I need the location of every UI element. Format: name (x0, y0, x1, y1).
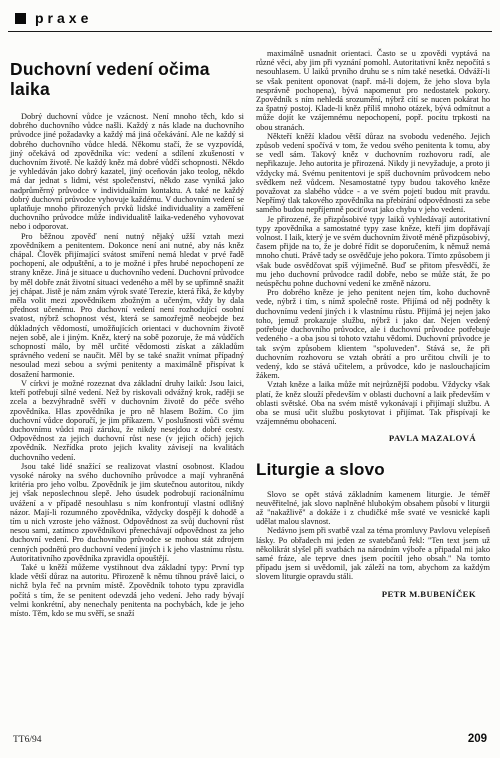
paragraph: Pro dobrého kněze je jeho penitent nejen… (256, 288, 490, 380)
article1-author-signature: PAVLA MAZALOVÁ (256, 434, 476, 443)
magazine-page: praxe Duchovní vedení očima laika Dobrý … (0, 0, 500, 758)
section-tag-label: praxe (35, 10, 92, 26)
paragraph: Někteří kněží kladou větší důraz na svob… (256, 132, 490, 215)
paragraph: Slovo se opět stává základním kamenem li… (256, 490, 490, 527)
paragraph: Jsou také lidé snažící se realizovat vla… (10, 462, 244, 563)
page-number: 209 (468, 733, 487, 745)
paragraph: V církvi je možné rozeznat dva základní … (10, 379, 244, 462)
two-column-layout: Duchovní vedení očima laika Dobrý duchov… (0, 32, 500, 618)
paragraph: maximálně usnadnit orientaci. Často se u… (256, 49, 490, 132)
issue-label: TT6/94 (13, 735, 42, 745)
section-header: praxe (0, 0, 500, 27)
page-footer: TT6/94 209 (13, 733, 487, 745)
paragraph: Pro běžnou zpověď není nutný nějaký užší… (10, 232, 244, 379)
paragraph: Je přirozené, že přizpůsobivé typy laiků… (256, 215, 490, 289)
paragraph: Nedávno jsem při svatbě vzal za téma pro… (256, 526, 490, 581)
paragraph: Vztah kněze a laika může mít nejrůznější… (256, 380, 490, 426)
paragraph: Dobrý duchovní vůdce je vzácnost. Není m… (10, 112, 244, 232)
article1-title: Duchovní vedení očima laika (10, 59, 244, 99)
left-column: Duchovní vedení očima laika Dobrý duchov… (10, 32, 244, 618)
article2-title: Liturgie a slovo (256, 460, 490, 479)
article2-author-signature: PETR M.BUBENÍČEK (256, 590, 476, 599)
paragraph: Také u kněží můžeme vystihnout dva zákla… (10, 563, 244, 618)
black-square-icon (15, 13, 26, 24)
right-column: maximálně usnadnit orientaci. Často se u… (256, 32, 490, 618)
